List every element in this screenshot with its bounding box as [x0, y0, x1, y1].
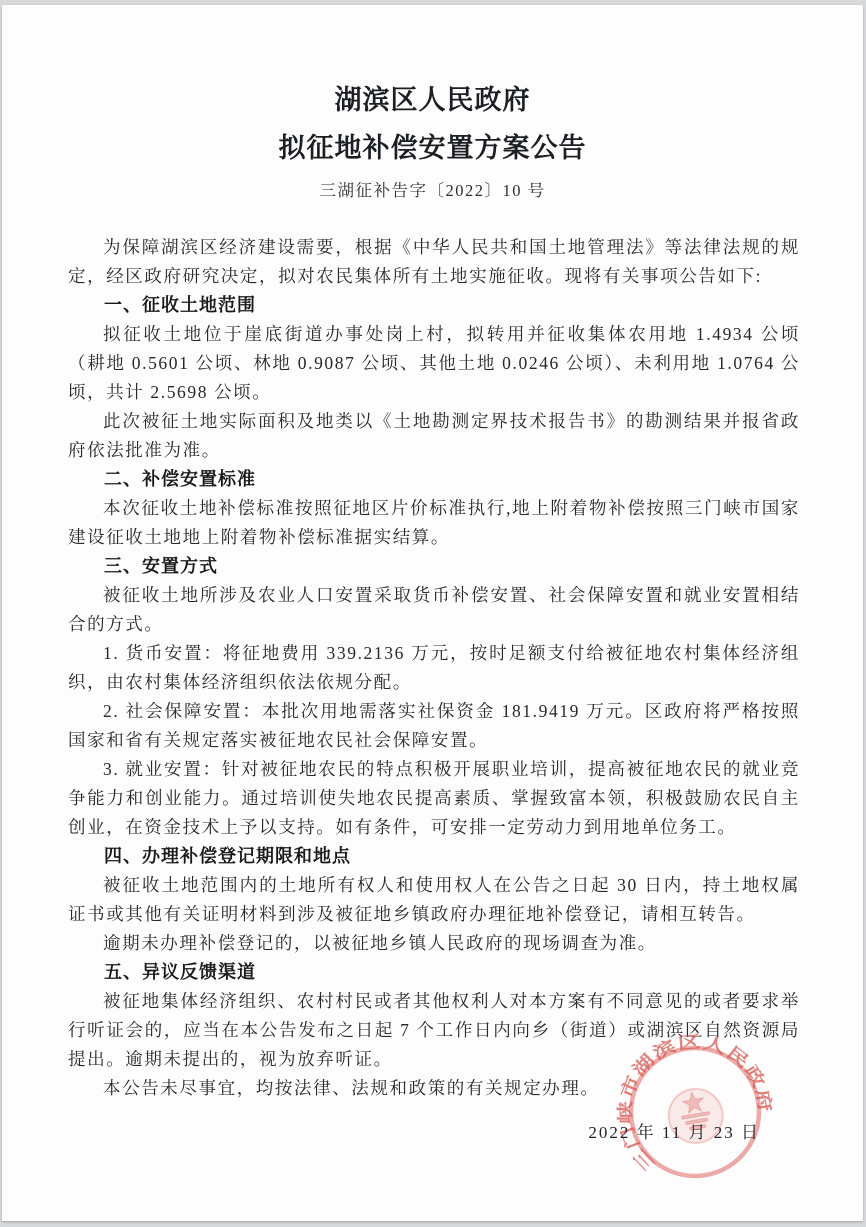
paragraph-resettle-intro: 被征收土地所涉及农业人口安置采取货币补偿安置、社会保障安置和就业安置相结合的方式… [68, 581, 800, 639]
document-page: 湖滨区人民政府 拟征地补偿安置方案公告 三湖征补告字〔2022〕10 号 为保障… [2, 5, 863, 1221]
paragraph-overdue: 逾期未办理补偿登记的，以被征地乡镇人民政府的现场调查为准。 [68, 929, 800, 958]
section-heading-2: 二、补偿安置标准 [68, 465, 800, 494]
paragraph-intro: 为保障湖滨区经济建设需要，根据《中华人民共和国土地管理法》等法律法规的规定，经区… [68, 233, 800, 291]
paragraph-compensation-std: 本次征收土地补偿标准按照征地区片价标准执行,地上附着物补偿按照三门峡市国家建设征… [68, 494, 800, 552]
document-body: 为保障湖滨区经济建设需要，根据《中华人民共和国土地管理法》等法律法规的规定，经区… [2, 233, 863, 1103]
paragraph-closing: 本公告未尽事宜，均按法律、法规和政策的有关规定办理。 [68, 1074, 800, 1103]
paragraph-registration: 被征收土地范围内的土地所有权人和使用权人在公告之日起 30 日内，持土地权属证书… [68, 871, 800, 929]
paragraph-objection: 被征地集体经济组织、农村村民或者其他权利人对本方案有不同意见的或者要求举行听证会… [68, 987, 800, 1074]
paragraph-social-security: 2. 社会保障安置：本批次用地需落实社保资金 181.9419 万元。区政府将严… [68, 697, 800, 755]
section-heading-5: 五、异议反馈渠道 [68, 958, 800, 987]
paragraph-land-scope: 拟征收土地位于崖底街道办事处岗上村，拟转用并征收集体农用地 1.4934 公顷（… [68, 320, 800, 407]
scanned-document-page: { "header": { "title_line1": "湖滨区人民政府", … [0, 0, 866, 1227]
paragraph-monetary: 1. 货币安置：将征地费用 339.2136 万元，按时足额支付给被征地农村集体… [68, 639, 800, 697]
document-header: 湖滨区人民政府 拟征地补偿安置方案公告 三湖征补告字〔2022〕10 号 [2, 5, 863, 202]
page-title-line1: 湖滨区人民政府 [2, 5, 863, 117]
doc-number: 三湖征补告字〔2022〕10 号 [2, 180, 863, 202]
paragraph-employment: 3. 就业安置：针对被征地农民的特点积极开展职业培训，提高被征地农民的就业竞争能… [68, 755, 800, 842]
page-title-line2: 拟征地补偿安置方案公告 [2, 131, 863, 165]
issue-date: 2022 年 11 月 23 日 [2, 1118, 863, 1143]
paragraph-survey-note: 此次被征土地实际面积及地类以《土地勘测定界技术报告书》的勘测结果并报省政府依法批… [68, 407, 800, 465]
section-heading-3: 三、安置方式 [68, 552, 800, 581]
section-heading-4: 四、办理补偿登记期限和地点 [68, 842, 800, 871]
section-heading-1: 一、征收土地范围 [68, 291, 800, 320]
